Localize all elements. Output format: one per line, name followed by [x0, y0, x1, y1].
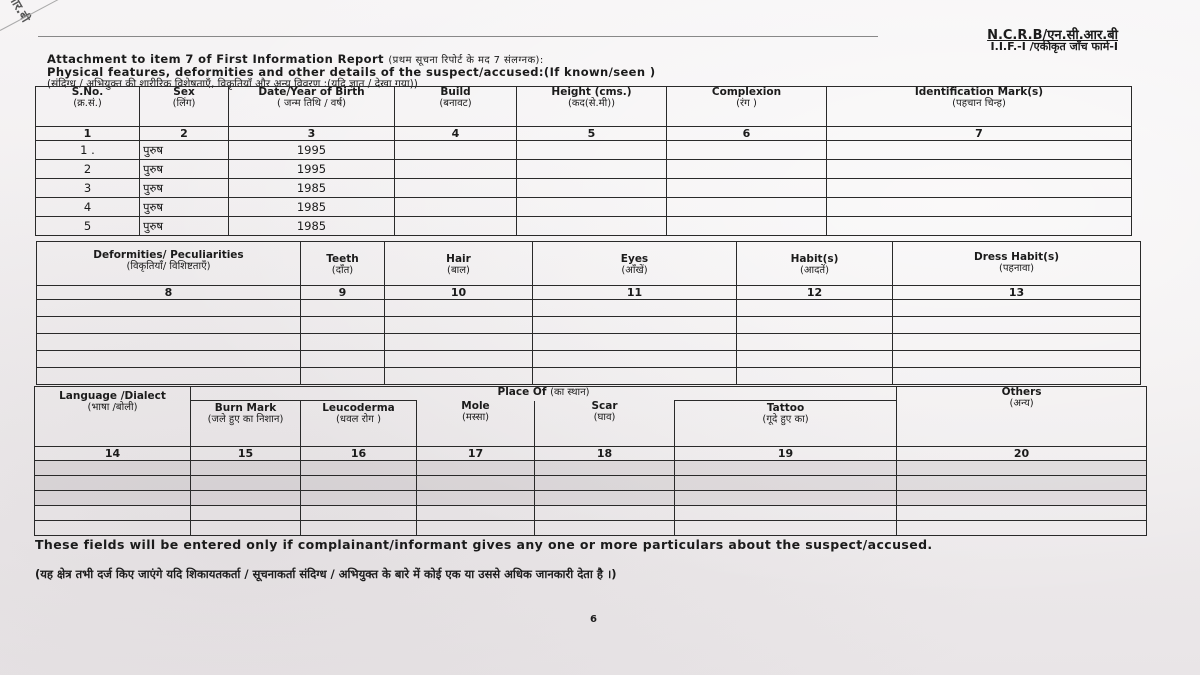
column-number-row: 8 9 10 11 12 13	[37, 286, 1141, 300]
cell-hair[interactable]	[385, 300, 533, 317]
col-header-eyes: Eyes(आँखें)	[533, 242, 737, 286]
table-header-row: Deformities/ Peculiarities(विकृतियाँ/ वि…	[37, 242, 1141, 286]
page-number: 6	[590, 614, 597, 625]
cell-tattoo[interactable]	[675, 491, 897, 506]
cell-dob: 1995	[229, 160, 395, 179]
cell-hair[interactable]	[385, 351, 533, 368]
cell-others[interactable]	[897, 506, 1147, 521]
cell-build[interactable]	[395, 160, 517, 179]
table-row	[37, 368, 1141, 385]
place-of-group-header: Place Of (का स्थान)	[191, 387, 897, 401]
cell-dob: 1985	[229, 179, 395, 198]
marks-table: Language /Dialect(भाषा /बोली) Place Of (…	[34, 386, 1147, 536]
cell-teeth[interactable]	[301, 368, 385, 385]
col-header-height: Height (cms.)(कद(से.मी))	[517, 87, 667, 127]
table-row: 1 . पुरुष 1995	[36, 141, 1132, 160]
cell-tattoo[interactable]	[675, 521, 897, 536]
physical-features-table: S.No.(क्र.सं.) Sex(लिंग) Date/Year of Bi…	[35, 86, 1132, 236]
cell-language[interactable]	[35, 461, 191, 476]
cell-dob: 1995	[229, 141, 395, 160]
cell-dob: 1985	[229, 198, 395, 217]
table-row: 4 पुरुष 1985	[36, 198, 1132, 217]
cell-complexion[interactable]	[667, 217, 827, 236]
col-header-sex: Sex(लिंग)	[140, 87, 229, 127]
cell-scar[interactable]	[535, 506, 675, 521]
cell-language[interactable]	[35, 476, 191, 491]
col-number: 15	[191, 447, 301, 461]
form-id: I.I.F.-I /एकीकृत जाँच फार्म-I	[991, 39, 1118, 54]
table-row	[35, 521, 1147, 536]
cell-sno: 4	[36, 198, 140, 217]
cell-tattoo[interactable]	[675, 461, 897, 476]
cell-habits[interactable]	[737, 368, 893, 385]
cell-burn-mark[interactable]	[191, 476, 301, 491]
table-header-row: Language /Dialect(भाषा /बोली) Place Of (…	[35, 387, 1147, 401]
cell-teeth[interactable]	[301, 334, 385, 351]
deformities-table: Deformities/ Peculiarities(विकृतियाँ/ वि…	[36, 241, 1141, 385]
table-row: 3 पुरुष 1985	[36, 179, 1132, 198]
cell-eyes[interactable]	[533, 351, 737, 368]
cell-habits[interactable]	[737, 317, 893, 334]
cell-hair[interactable]	[385, 368, 533, 385]
col-number: 14	[35, 447, 191, 461]
cell-height[interactable]	[517, 217, 667, 236]
table-row	[37, 317, 1141, 334]
cell-language[interactable]	[35, 521, 191, 536]
col-number: 12	[737, 286, 893, 300]
cell-sno: 5	[36, 217, 140, 236]
cell-language[interactable]	[35, 491, 191, 506]
cell-eyes[interactable]	[533, 317, 737, 334]
cell-sex: पुरुष	[140, 179, 229, 198]
col-header-tattoo: Tattoo(गूदे हुए का)	[675, 401, 897, 447]
cell-complexion[interactable]	[667, 141, 827, 160]
col-header-habits: Habit(s)(आदतें)	[737, 242, 893, 286]
table-row	[35, 461, 1147, 476]
cell-others[interactable]	[897, 476, 1147, 491]
col-header-deformities: Deformities/ Peculiarities(विकृतियाँ/ वि…	[37, 242, 301, 286]
cell-id-marks[interactable]	[827, 141, 1132, 160]
cell-scar[interactable]	[535, 461, 675, 476]
column-number-row: 1 2 3 4 5 6 7	[36, 127, 1132, 141]
cell-scar[interactable]	[535, 476, 675, 491]
table-row	[35, 491, 1147, 506]
cell-build[interactable]	[395, 198, 517, 217]
col-number: 4	[395, 127, 517, 141]
col-number: 18	[535, 447, 675, 461]
attachment-title-en: Attachment to item 7 of First Informatio…	[47, 52, 384, 66]
table-row	[35, 506, 1147, 521]
cell-habits[interactable]	[737, 300, 893, 317]
col-header-language: Language /Dialect(भाषा /बोली)	[35, 387, 191, 447]
cell-mole[interactable]	[417, 491, 535, 506]
col-number: 16	[301, 447, 417, 461]
col-header-teeth: Teeth(दाँत)	[301, 242, 385, 286]
column-number-row: 14 15 16 17 18 19 20	[35, 447, 1147, 461]
cell-build[interactable]	[395, 141, 517, 160]
cell-burn-mark[interactable]	[191, 521, 301, 536]
table-header-row: S.No.(क्र.सं.) Sex(लिंग) Date/Year of Bi…	[36, 87, 1132, 127]
cell-dob: 1985	[229, 217, 395, 236]
col-number: 11	[533, 286, 737, 300]
cell-complexion[interactable]	[667, 160, 827, 179]
col-header-build: Build(बनावट)	[395, 87, 517, 127]
cell-habits[interactable]	[737, 334, 893, 351]
cell-sno: 3	[36, 179, 140, 198]
cell-id-marks[interactable]	[827, 198, 1132, 217]
col-header-id-marks: Identification Mark(s)(पहचान चिन्ह)	[827, 87, 1132, 127]
table-row	[37, 334, 1141, 351]
col-number: 8	[37, 286, 301, 300]
cell-height[interactable]	[517, 179, 667, 198]
table-row: 2 पुरुष 1995	[36, 160, 1132, 179]
cell-mole[interactable]	[417, 521, 535, 536]
attachment-title: Attachment to item 7 of First Informatio…	[47, 52, 544, 66]
cell-height[interactable]	[517, 198, 667, 217]
cell-deformities[interactable]	[37, 300, 301, 317]
col-number: 10	[385, 286, 533, 300]
footnote-en: These fields will be entered only if com…	[35, 538, 1085, 552]
cell-habits[interactable]	[737, 351, 893, 368]
cell-eyes[interactable]	[533, 300, 737, 317]
cell-burn-mark[interactable]	[191, 491, 301, 506]
table-row	[37, 351, 1141, 368]
col-header-complexion: Complexion(रंग )	[667, 87, 827, 127]
cell-deformities[interactable]	[37, 334, 301, 351]
cell-teeth[interactable]	[301, 317, 385, 334]
col-number: 13	[893, 286, 1141, 300]
cell-dress-habits[interactable]	[893, 334, 1141, 351]
cell-leucoderma[interactable]	[301, 491, 417, 506]
cell-complexion[interactable]	[667, 198, 827, 217]
cell-mole[interactable]	[417, 461, 535, 476]
table-row	[35, 476, 1147, 491]
cell-others[interactable]	[897, 461, 1147, 476]
cell-id-marks[interactable]	[827, 217, 1132, 236]
cell-teeth[interactable]	[301, 351, 385, 368]
cell-deformities[interactable]	[37, 351, 301, 368]
cell-deformities[interactable]	[37, 368, 301, 385]
cell-leucoderma[interactable]	[301, 476, 417, 491]
cell-sex: पुरुष	[140, 141, 229, 160]
cell-id-marks[interactable]	[827, 179, 1132, 198]
col-header-dob: Date/Year of Birth( जन्म तिथि / वर्ष)	[229, 87, 395, 127]
cell-deformities[interactable]	[37, 317, 301, 334]
cell-others[interactable]	[897, 521, 1147, 536]
col-number: 3	[229, 127, 395, 141]
cell-dress-habits[interactable]	[893, 351, 1141, 368]
cell-leucoderma[interactable]	[301, 506, 417, 521]
cell-sex: पुरुष	[140, 217, 229, 236]
cell-burn-mark[interactable]	[191, 506, 301, 521]
cell-tattoo[interactable]	[675, 506, 897, 521]
col-number: 2	[140, 127, 229, 141]
col-header-burn-mark: Burn Mark(जले हुए का निशान)	[191, 401, 301, 447]
col-header-leucoderma: Leucoderma(धवल रोग )	[301, 401, 417, 447]
cell-hair[interactable]	[385, 317, 533, 334]
col-number: 5	[517, 127, 667, 141]
cell-dress-habits[interactable]	[893, 300, 1141, 317]
cell-tattoo[interactable]	[675, 476, 897, 491]
col-header-mole: Mole(मस्सा)	[417, 401, 535, 447]
cell-build[interactable]	[395, 179, 517, 198]
table-row	[37, 300, 1141, 317]
col-header-dress-habits: Dress Habit(s)(पहनावा)	[893, 242, 1141, 286]
col-number: 6	[667, 127, 827, 141]
cell-burn-mark[interactable]	[191, 461, 301, 476]
col-number: 19	[675, 447, 897, 461]
cell-teeth[interactable]	[301, 300, 385, 317]
col-number: 1	[36, 127, 140, 141]
cell-height[interactable]	[517, 160, 667, 179]
cell-hair[interactable]	[385, 334, 533, 351]
footnote-hi: (यह क्षेत्र तभी दर्ज किए जाएंगे यदि शिका…	[35, 568, 935, 581]
cell-sex: पुरुष	[140, 160, 229, 179]
col-number: 9	[301, 286, 385, 300]
cell-scar[interactable]	[535, 491, 675, 506]
cell-scar[interactable]	[535, 521, 675, 536]
cell-sex: पुरुष	[140, 198, 229, 217]
cell-complexion[interactable]	[667, 179, 827, 198]
col-header-sno: S.No.(क्र.सं.)	[36, 87, 140, 127]
cell-leucoderma[interactable]	[301, 461, 417, 476]
cell-build[interactable]	[395, 217, 517, 236]
cell-dress-habits[interactable]	[893, 368, 1141, 385]
table-row: 5 पुरुष 1985	[36, 217, 1132, 236]
cell-mole[interactable]	[417, 506, 535, 521]
cell-eyes[interactable]	[533, 334, 737, 351]
col-header-others: Others(अन्य)	[897, 387, 1147, 447]
cell-sno: 1 .	[36, 141, 140, 160]
cell-sno: 2	[36, 160, 140, 179]
col-header-scar: Scar(घाव)	[535, 401, 675, 447]
cell-others[interactable]	[897, 491, 1147, 506]
col-header-hair: Hair(बाल)	[385, 242, 533, 286]
cell-eyes[interactable]	[533, 368, 737, 385]
col-number: 7	[827, 127, 1132, 141]
header-rule	[38, 36, 878, 37]
cell-height[interactable]	[517, 141, 667, 160]
cell-leucoderma[interactable]	[301, 521, 417, 536]
col-number: 20	[897, 447, 1147, 461]
col-number: 17	[417, 447, 535, 461]
cell-mole[interactable]	[417, 476, 535, 491]
cell-dress-habits[interactable]	[893, 317, 1141, 334]
cell-id-marks[interactable]	[827, 160, 1132, 179]
cell-language[interactable]	[35, 506, 191, 521]
